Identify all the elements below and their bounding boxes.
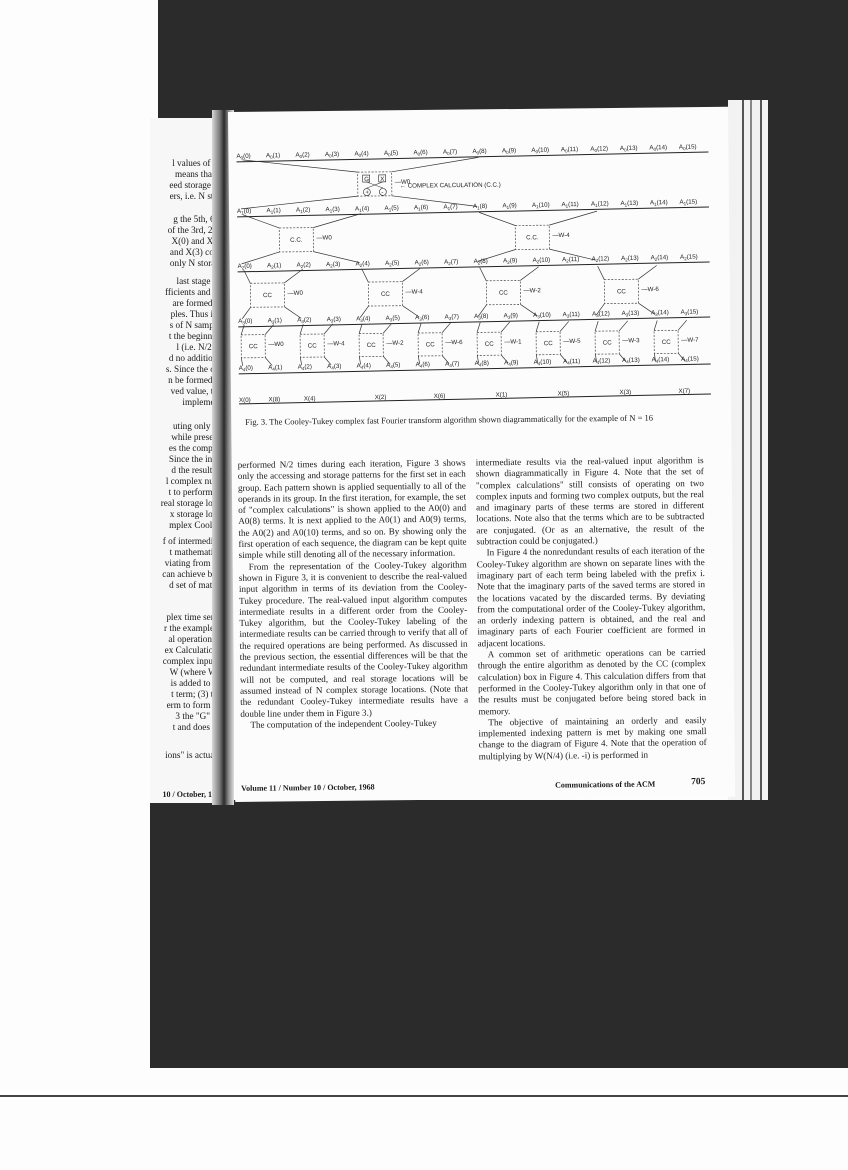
stage-label: A0(5) xyxy=(384,150,398,158)
cc-label: CC xyxy=(544,340,554,347)
stage-label: A4(2) xyxy=(298,364,312,372)
stage-label: A3(0) xyxy=(238,318,252,326)
stage-label: A0(7) xyxy=(443,149,457,157)
stage-label: A2(5) xyxy=(385,260,399,268)
twiddle-label: —W-3 xyxy=(622,337,640,344)
journal-page: A0(0)A0(1)A0(2)A0(3)A0(4)A0(5)A0(6)A0(7)… xyxy=(228,107,735,802)
cc-label: C.C. xyxy=(526,234,539,241)
cc-label: CC xyxy=(499,290,509,297)
cc-label: CC xyxy=(308,343,318,350)
paragraph: A common set of arithmetic operations ca… xyxy=(478,647,707,717)
output-label: X(7) xyxy=(678,388,690,395)
stage-label: A2(11) xyxy=(562,256,579,264)
stage-label: A4(4) xyxy=(357,362,371,370)
stage-label: A2(7) xyxy=(444,258,458,266)
stage-label: A1(9) xyxy=(502,202,516,210)
output-label: X(3) xyxy=(619,389,631,396)
scan-background-right xyxy=(768,0,848,810)
paragraph: In Figure 4 the nonredundant results of … xyxy=(477,545,706,649)
stage-label: A3(3) xyxy=(327,316,341,324)
stage-label: A1(3) xyxy=(325,206,339,214)
svg-text:+: + xyxy=(365,189,369,196)
stage-label: A2(12) xyxy=(592,255,610,263)
stage-label: A0(2) xyxy=(295,152,309,160)
stage-label: A0(13) xyxy=(620,145,638,153)
stage-label: A1(6) xyxy=(414,204,428,212)
stage-label: A1(15) xyxy=(679,199,697,207)
twiddle-label: —W-7 xyxy=(681,337,699,344)
stage-label: A2(3) xyxy=(326,261,340,269)
scan-edge-line xyxy=(0,1095,848,1097)
stage-label: A2(10) xyxy=(533,257,551,265)
stage-label: A4(10) xyxy=(534,359,552,367)
stage-label: A3(5) xyxy=(386,315,400,323)
page-number: 705 xyxy=(691,777,705,787)
output-label: X(6) xyxy=(434,393,446,400)
stage-label: A3(13) xyxy=(622,310,640,318)
journal-footer-left: Volume 11 / Number 10 / October, 1968 xyxy=(241,783,375,793)
stage-label: A1(11) xyxy=(561,201,578,209)
stage-label: A3(9) xyxy=(504,312,518,320)
cc-label: CC xyxy=(617,288,627,295)
stage-label: A0(4) xyxy=(354,150,368,158)
stage-label: A3(1) xyxy=(268,317,282,325)
stage-label: A0(14) xyxy=(649,144,667,152)
stage-label: A0(9) xyxy=(502,147,516,155)
stage-label: A1(10) xyxy=(532,202,550,210)
stage-label: A1(12) xyxy=(591,200,609,208)
twiddle-label: —W0 xyxy=(268,341,284,348)
stage-label: A1(13) xyxy=(620,200,638,208)
stage-label: A2(2) xyxy=(297,262,311,270)
paragraph: intermediate results via the real-valued… xyxy=(476,455,705,548)
stage-label: A2(6) xyxy=(415,259,429,267)
stage-label: A1(8) xyxy=(473,203,487,211)
stage-label: A1(7) xyxy=(443,203,457,211)
stage-label: A2(9) xyxy=(503,257,517,265)
stage-label: A3(2) xyxy=(297,317,311,325)
output-label: X(5) xyxy=(558,390,570,397)
stage-label: A1(0) xyxy=(237,208,251,216)
twiddle-label: —W-5 xyxy=(563,338,581,345)
twiddle-label: —W-6 xyxy=(641,286,659,293)
stage-label: A0(15) xyxy=(679,144,697,152)
svg-text:-: - xyxy=(381,189,383,196)
stage-label: A3(4) xyxy=(356,315,370,323)
cc-label: CC xyxy=(249,343,259,350)
twiddle-label: —W-4 xyxy=(552,232,570,239)
twiddle-label: —W0 xyxy=(316,234,332,241)
stage-label: A4(6) xyxy=(416,361,430,369)
stage-label: A0(6) xyxy=(413,149,427,157)
stage-label: A4(0) xyxy=(239,365,253,373)
cc-label: C.C. xyxy=(290,237,303,244)
paragraph: The computation of the independent Coole… xyxy=(240,717,468,731)
stage-label: A1(5) xyxy=(384,205,398,213)
stage-label: A3(15) xyxy=(681,309,699,317)
stage-label: A4(12) xyxy=(593,357,611,365)
twiddle-label: —W0 xyxy=(287,290,303,297)
stage-label: A0(0) xyxy=(236,153,250,161)
stage-label: A0(8) xyxy=(472,148,486,156)
output-label: X(2) xyxy=(375,394,387,401)
stage-label: A2(15) xyxy=(680,254,698,262)
twiddle-label: —W-2 xyxy=(386,340,404,347)
twiddle-label: —W0 xyxy=(395,179,411,186)
stage-label: A4(3) xyxy=(327,363,341,371)
stage-label: A4(5) xyxy=(386,362,400,370)
stage-label: A2(13) xyxy=(621,255,639,263)
stage-label: A3(12) xyxy=(592,310,610,318)
scan-background-bottom xyxy=(150,800,848,1068)
svg-text:G: G xyxy=(364,176,369,183)
stage-label: A3(8) xyxy=(474,313,488,321)
legend-label: ← COMPLEX CALCULATION (C.C.) xyxy=(400,182,501,190)
output-label: X(4) xyxy=(304,395,316,402)
text-column-left: performed N/2 times during each iteratio… xyxy=(238,458,469,731)
twiddle-label: —W-4 xyxy=(327,340,345,347)
stage-label: A1(14) xyxy=(650,199,668,207)
stage-label: A4(1) xyxy=(268,364,282,372)
stage-label: A1(4) xyxy=(355,205,369,213)
twiddle-label: —W-1 xyxy=(504,338,522,345)
fft-flow-diagram: A0(0)A0(1)A0(2)A0(3)A0(4)A0(5)A0(6)A0(7)… xyxy=(228,107,731,412)
cc-label: CC xyxy=(263,292,273,299)
stage-label: A2(4) xyxy=(356,260,370,268)
paragraph: The objective of maintaining an orderly … xyxy=(478,715,706,763)
twiddle-label: —W-4 xyxy=(405,288,423,295)
stage-label: A4(14) xyxy=(652,356,670,364)
cc-label: CC xyxy=(662,339,672,346)
journal-footer-right: Communications of the ACM xyxy=(555,780,655,790)
cc-label: CC xyxy=(381,291,391,298)
stage-label: A3(7) xyxy=(445,313,459,321)
paragraph: performed N/2 times during each iteratio… xyxy=(238,458,467,562)
stage-label: A4(8) xyxy=(475,360,489,368)
stage-label: A0(3) xyxy=(325,151,339,159)
paragraph: From the representation of the Cooley-Tu… xyxy=(239,559,469,720)
stage-label: A4(11) xyxy=(563,358,580,366)
output-label: X(1) xyxy=(496,391,508,398)
text-column-right: intermediate results via the real-valued… xyxy=(476,455,707,762)
stage-label: A2(14) xyxy=(651,254,669,262)
stage-label: A0(1) xyxy=(266,152,280,160)
stage-label: A2(0) xyxy=(238,263,252,271)
cc-label: CC xyxy=(426,341,436,348)
stage-label: A3(10) xyxy=(533,312,551,320)
stage-label: A3(11) xyxy=(563,311,580,319)
output-label: X(0) xyxy=(239,397,251,404)
stage-label: A3(6) xyxy=(415,314,429,322)
stage-label: A0(10) xyxy=(531,147,549,155)
twiddle-label: —W-6 xyxy=(445,339,463,346)
stage-label: A3(14) xyxy=(651,309,669,317)
stage-label: A0(11) xyxy=(561,146,578,154)
cc-label: CC xyxy=(485,341,495,348)
stage-label: A2(1) xyxy=(267,262,281,270)
cc-label: CC xyxy=(603,339,613,346)
stage-label: A1(1) xyxy=(267,207,281,215)
cc-label: CC xyxy=(367,342,377,349)
output-label: X(8) xyxy=(268,396,280,403)
twiddle-label: —W-2 xyxy=(523,287,541,294)
stage-label: A0(12) xyxy=(590,145,608,153)
stage-label: A1(2) xyxy=(296,207,310,215)
figure-caption: Fig. 3. The Cooley-Tukey complex fast Fo… xyxy=(245,413,653,427)
